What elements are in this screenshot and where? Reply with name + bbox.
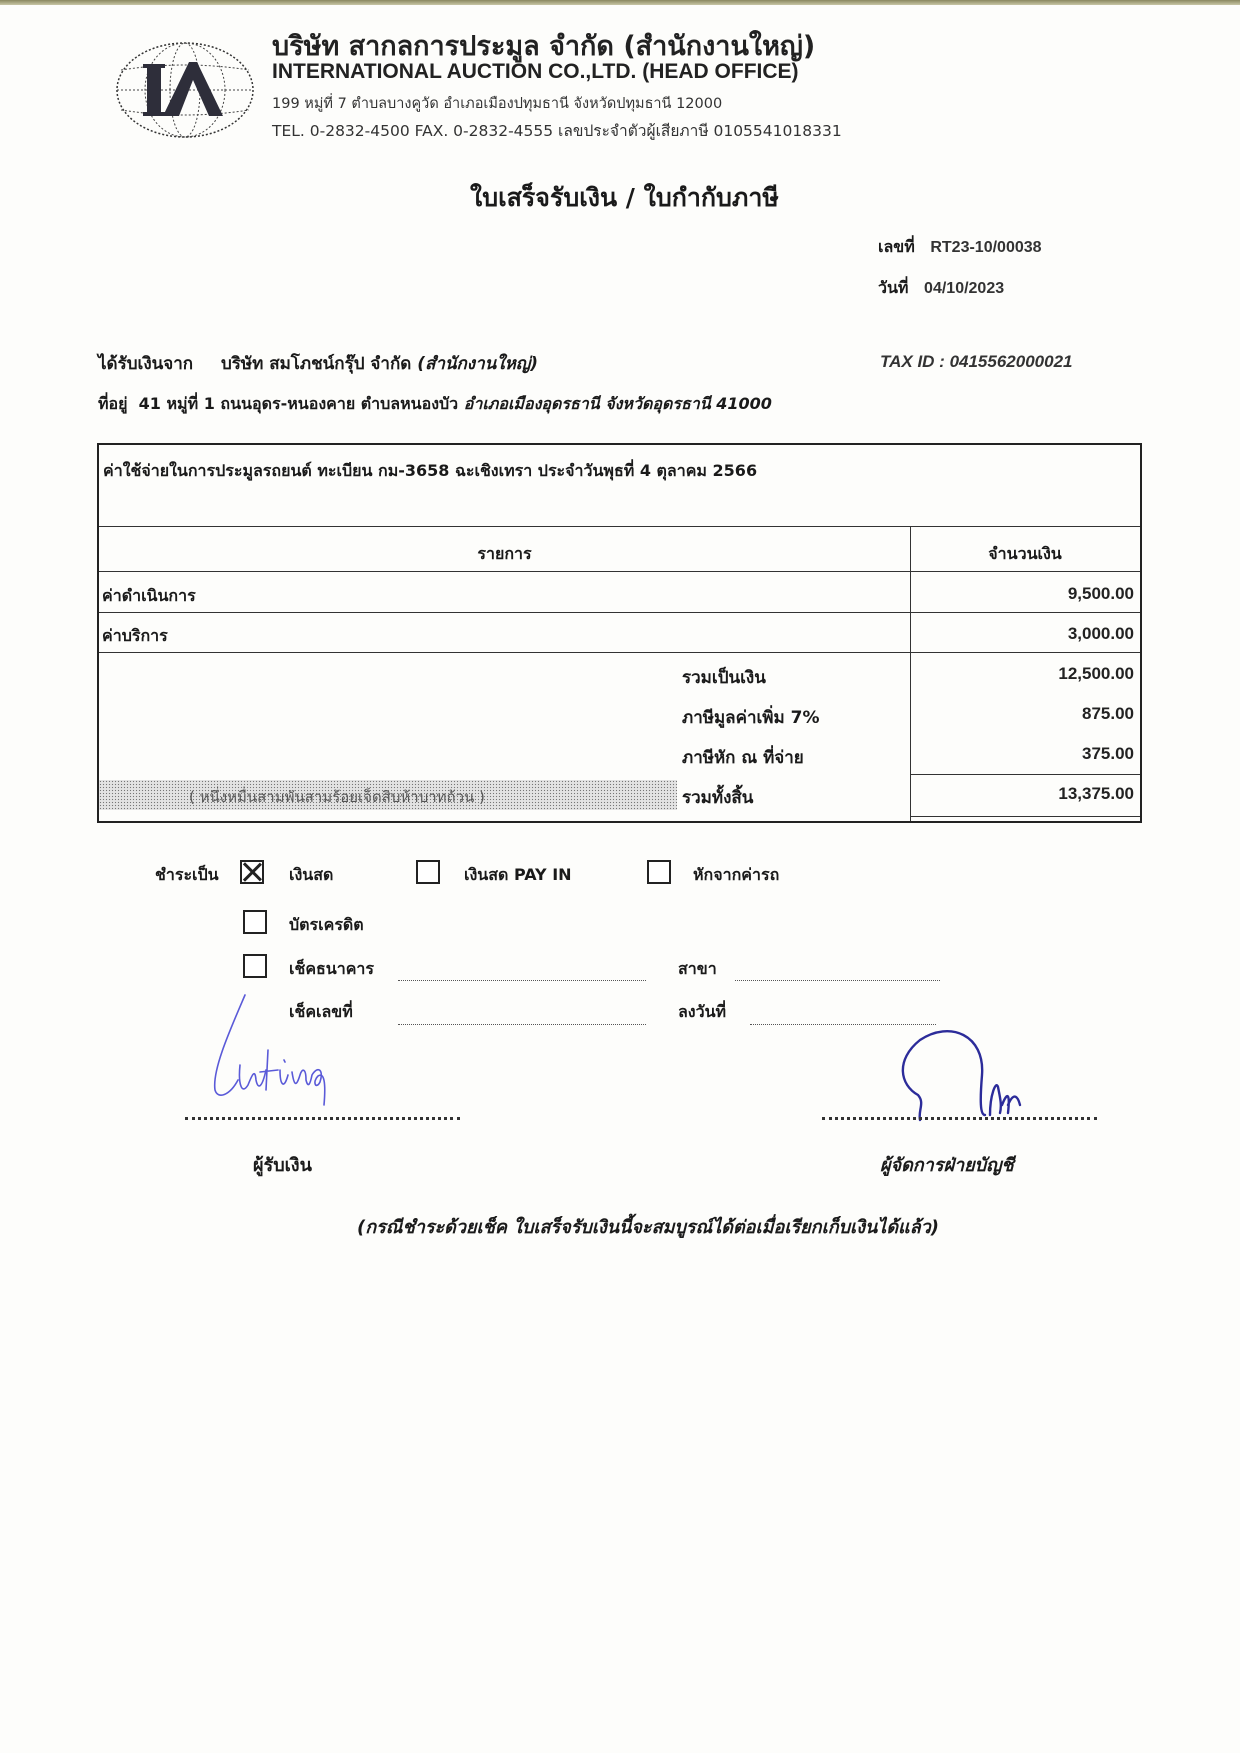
manager-signature: [890, 1025, 1070, 1125]
cheque-note: (กรณีชำระด้วยเช็ค ใบเสร็จรับเงินนี้จะสมบ…: [357, 1212, 939, 1241]
table-row-label: ค่าดำเนินการ: [102, 584, 196, 609]
manager-signature-line: [822, 1117, 1097, 1120]
withholding-tax-label: ภาษีหัก ณ ที่จ่าย: [682, 744, 804, 771]
customer-address: ที่อยู่ 41 หมู่ที่ 1 ถนนอุดร-หนองคาย ตำบ…: [98, 392, 772, 417]
document-number-label: เลขที่: [878, 235, 915, 260]
address-district-province: อำเภอเมืองอุดรธานี จังหวัดอุดรธานี: [464, 394, 711, 413]
document-number-value: RT23-10/00038: [930, 239, 1041, 256]
option-cash-pay-in-label: เงินสด PAY IN: [464, 863, 572, 888]
vat-amount: 875.00: [1082, 704, 1134, 724]
subtotal-label: รวมเป็นเงิน: [682, 664, 766, 691]
total-amount: 13,375.00: [1058, 784, 1134, 804]
checkbox-cash-pay-in[interactable]: [416, 860, 440, 884]
document-title: ใบเสร็จรับเงิน / ใบกำกับภาษี: [470, 178, 779, 218]
table-row-amount: 3,000.00: [1068, 624, 1134, 644]
vat-label: ภาษีมูลค่าเพิ่ม 7%: [682, 704, 820, 731]
receiver-signature: [200, 990, 360, 1120]
received-from: ได้รับเงินจาก บริษัท สมโภชน์กรุ๊ป จำกัด …: [98, 350, 538, 377]
bank-cheque-field[interactable]: [398, 980, 646, 981]
company-contact: TEL. 0-2832-4500 FAX. 0-2832-4555 เลขประ…: [272, 118, 842, 143]
received-from-label: ได้รับเงินจาก: [98, 354, 193, 374]
option-cash-label: เงินสด: [289, 863, 333, 888]
cheque-number-field[interactable]: [398, 1024, 646, 1025]
table-description: ค่าใช้จ่ายในการประมูลรถยนต์ ทะเบียน กม-3…: [103, 459, 757, 484]
table-row-amount: 9,500.00: [1068, 584, 1134, 604]
option-credit-card-label: บัตรเครดิต: [289, 913, 364, 938]
header-amount: จำนวนเงิน: [910, 542, 1140, 567]
company-logo: [113, 40, 258, 140]
manager-label: ผู้จัดการฝ่ายบัญชี: [880, 1150, 1014, 1179]
checkbox-deduct-from-car[interactable]: [647, 860, 671, 884]
cheque-date-label: ลงวันที่: [678, 1000, 726, 1025]
option-deduct-from-car-label: หักจากค่ารถ: [693, 863, 779, 888]
address-subdistrict: ตำบลหนองบัว: [361, 394, 458, 413]
withholding-tax-amount: 375.00: [1082, 744, 1134, 764]
header-item: รายการ: [99, 542, 910, 567]
address-street: 41 หมู่ที่ 1 ถนนอุดร-หนองคาย: [139, 394, 356, 413]
address-postcode: 41000: [716, 394, 772, 413]
table-row-label: ค่าบริการ: [102, 624, 168, 649]
checkbox-cash[interactable]: [240, 860, 264, 884]
customer-tax-id: TAX ID : 0415562000021: [880, 352, 1072, 372]
branch-label: สาขา: [678, 957, 717, 982]
option-bank-cheque-label: เช็คธนาคาร: [289, 957, 374, 982]
company-name-english: INTERNATIONAL AUCTION CO.,LTD. (HEAD OFF…: [272, 60, 799, 84]
branch-field[interactable]: [735, 980, 940, 981]
address-label: ที่อยู่: [98, 394, 128, 413]
customer-branch: (สำนักงานใหญ่): [417, 354, 538, 374]
subtotal-amount: 12,500.00: [1058, 664, 1134, 684]
document-date-value: 04/10/2023: [924, 280, 1004, 297]
customer-name: บริษัท สมโภชน์กรุ๊ป จำกัด: [221, 354, 411, 374]
checkbox-credit-card[interactable]: [243, 910, 267, 934]
receiver-label: ผู้รับเงิน: [253, 1150, 312, 1179]
document-date-label: วันที่: [878, 276, 908, 301]
payment-label: ชำระเป็น: [155, 863, 219, 888]
company-address: 199 หมู่ที่ 7 ตำบลบางคูวัด อำเภอเมืองปทุ…: [272, 92, 722, 115]
total-label: รวมทั้งสิ้น: [682, 784, 753, 811]
checkbox-bank-cheque[interactable]: [243, 954, 267, 978]
total-in-words: ( หนึ่งหมื่นสามพันสามร้อยเจ็ดสิบห้าบาทถ้…: [189, 785, 485, 809]
receiver-signature-line: [185, 1117, 460, 1120]
total-in-words-box: ( หนึ่งหมื่นสามพันสามร้อยเจ็ดสิบห้าบาทถ้…: [99, 780, 677, 810]
scan-edge: [0, 0, 1240, 5]
receipt-table: ค่าใช้จ่ายในการประมูลรถยนต์ ทะเบียน กม-3…: [97, 443, 1142, 823]
document-number: เลขที่ RT23-10/00038: [878, 235, 1042, 260]
document-date: วันที่ 04/10/2023: [878, 276, 1004, 301]
